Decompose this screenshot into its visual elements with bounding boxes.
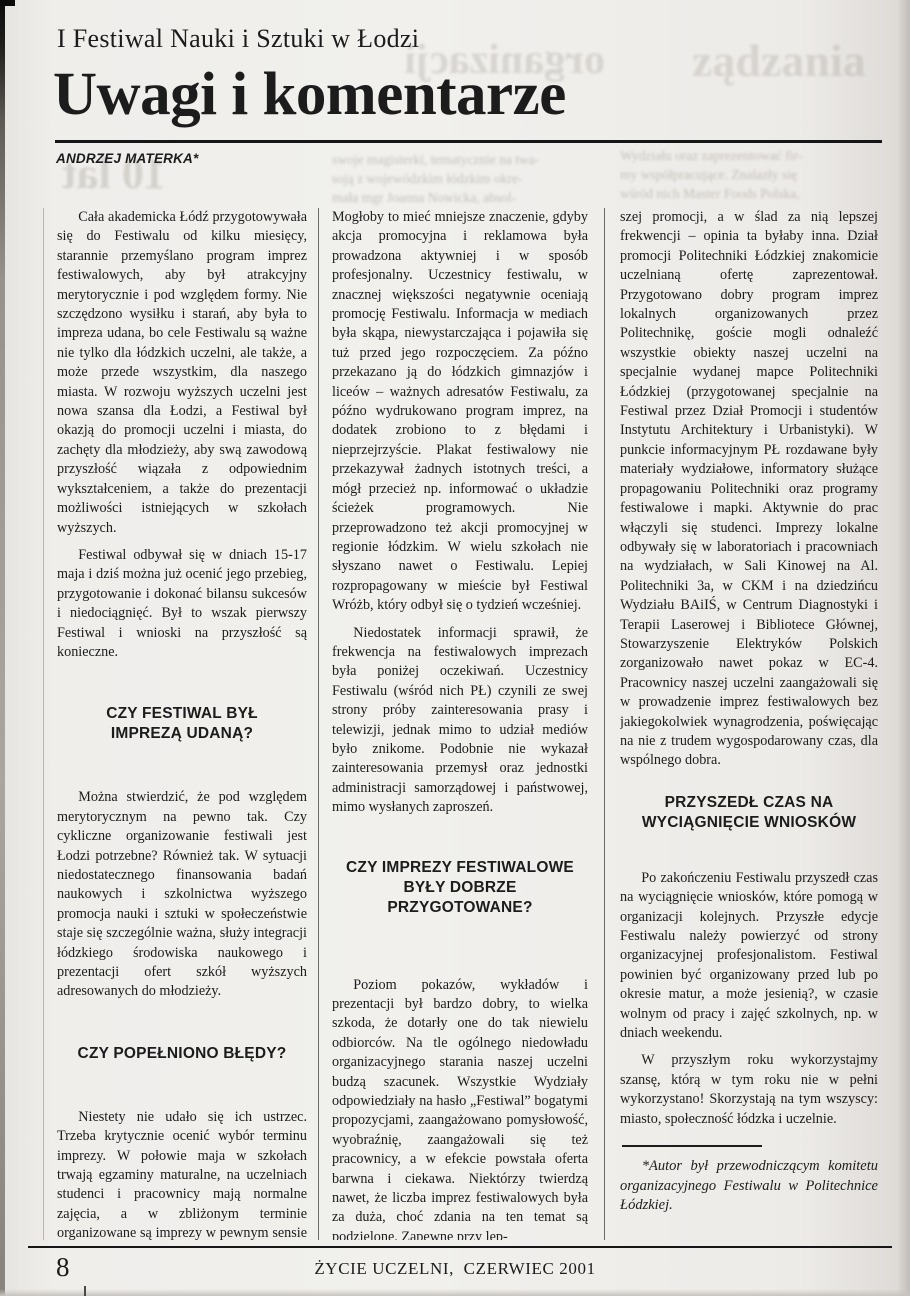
bleed-through-text: ządzania [692,34,866,87]
column-rule-2 [604,208,605,1240]
bleed-through-text: Wydziału oraz zaprezentować fir- my wspó… [620,146,878,203]
body-paragraph: Niedostatek informacji sprawił, że frekw… [332,624,588,818]
scan-edge-artifact-right [897,0,910,1296]
article-column-3: szej promocji, a w ślad za nią lepszej f… [620,208,878,1240]
scanned-newspaper-page: 10 lat organizacji ządzania swoje magist… [0,0,910,1296]
body-paragraph: Można stwierdzić, że pod względem meryto… [57,788,307,1001]
article-kicker: I Festiwal Nauki i Sztuki w Łodzi [57,24,419,54]
footnote-rule [622,1145,762,1147]
author-footnote: *Autor był przewodniczącym komitetu orga… [620,1145,878,1216]
author-byline: ANDRZEJ MATERKA* [56,151,198,166]
section-heading: CZY FESTIWAL BYŁ IMPREZĄ UDANĄ? [57,704,307,744]
scan-edge-artifact-tick [84,1286,86,1296]
column-rule-left-margin [43,208,44,1240]
body-paragraph: Cała akademicka Łódź przygotowywała się … [57,208,307,538]
article-column-1: Cała akademicka Łódź przygotowywała się … [57,208,307,1240]
section-heading: CZY IMPREZY FESTIWALOWE BYŁY DOBRZE PRZY… [332,858,588,918]
body-paragraph: Mogłoby to mieć mniejsze znaczenie, gdyb… [332,208,588,616]
body-paragraph: Festiwal odbywał się w dniach 15-17 maja… [57,546,307,662]
body-paragraph: Po zakończeniu Festiwalu przyszedł czas … [620,869,878,1044]
footer-rule [28,1246,892,1248]
title-divider-rule [55,140,882,143]
section-heading: PRZYSZEDŁ CZAS NA WYCIĄGNIĘCIE WNIOSKÓW [620,793,878,833]
body-paragraph: W przyszłym roku wykorzystajmy szansę, k… [620,1051,878,1129]
footnote-text: *Autor był przewodniczącym komitetu orga… [620,1157,878,1216]
body-paragraph: Niestety nie udało się ich ustrzec. Trze… [57,1108,307,1240]
body-paragraph: Poziom pokazów, wykładów i prezentacji b… [332,976,588,1240]
scan-edge-artifact-notch [0,0,15,6]
journal-footer-line: ŻYCIE UCZELNI, CZERWIEC 2001 [0,1259,910,1279]
section-heading: CZY POPEŁNIONO BŁĘDY? [57,1044,307,1064]
article-column-2: Mogłoby to mieć mniejsze znaczenie, gdyb… [332,208,588,1240]
column-rule-1 [318,208,319,1240]
bleed-through-text: swoje magisterki, tematycznie na twa- so… [332,150,588,207]
body-paragraph: szej promocji, a w ślad za nią lepszej f… [620,208,878,771]
article-title: Uwagi i komentarze [53,64,566,125]
scan-edge-artifact-bottom [0,1289,910,1296]
scan-edge-artifact-left [0,0,5,1296]
